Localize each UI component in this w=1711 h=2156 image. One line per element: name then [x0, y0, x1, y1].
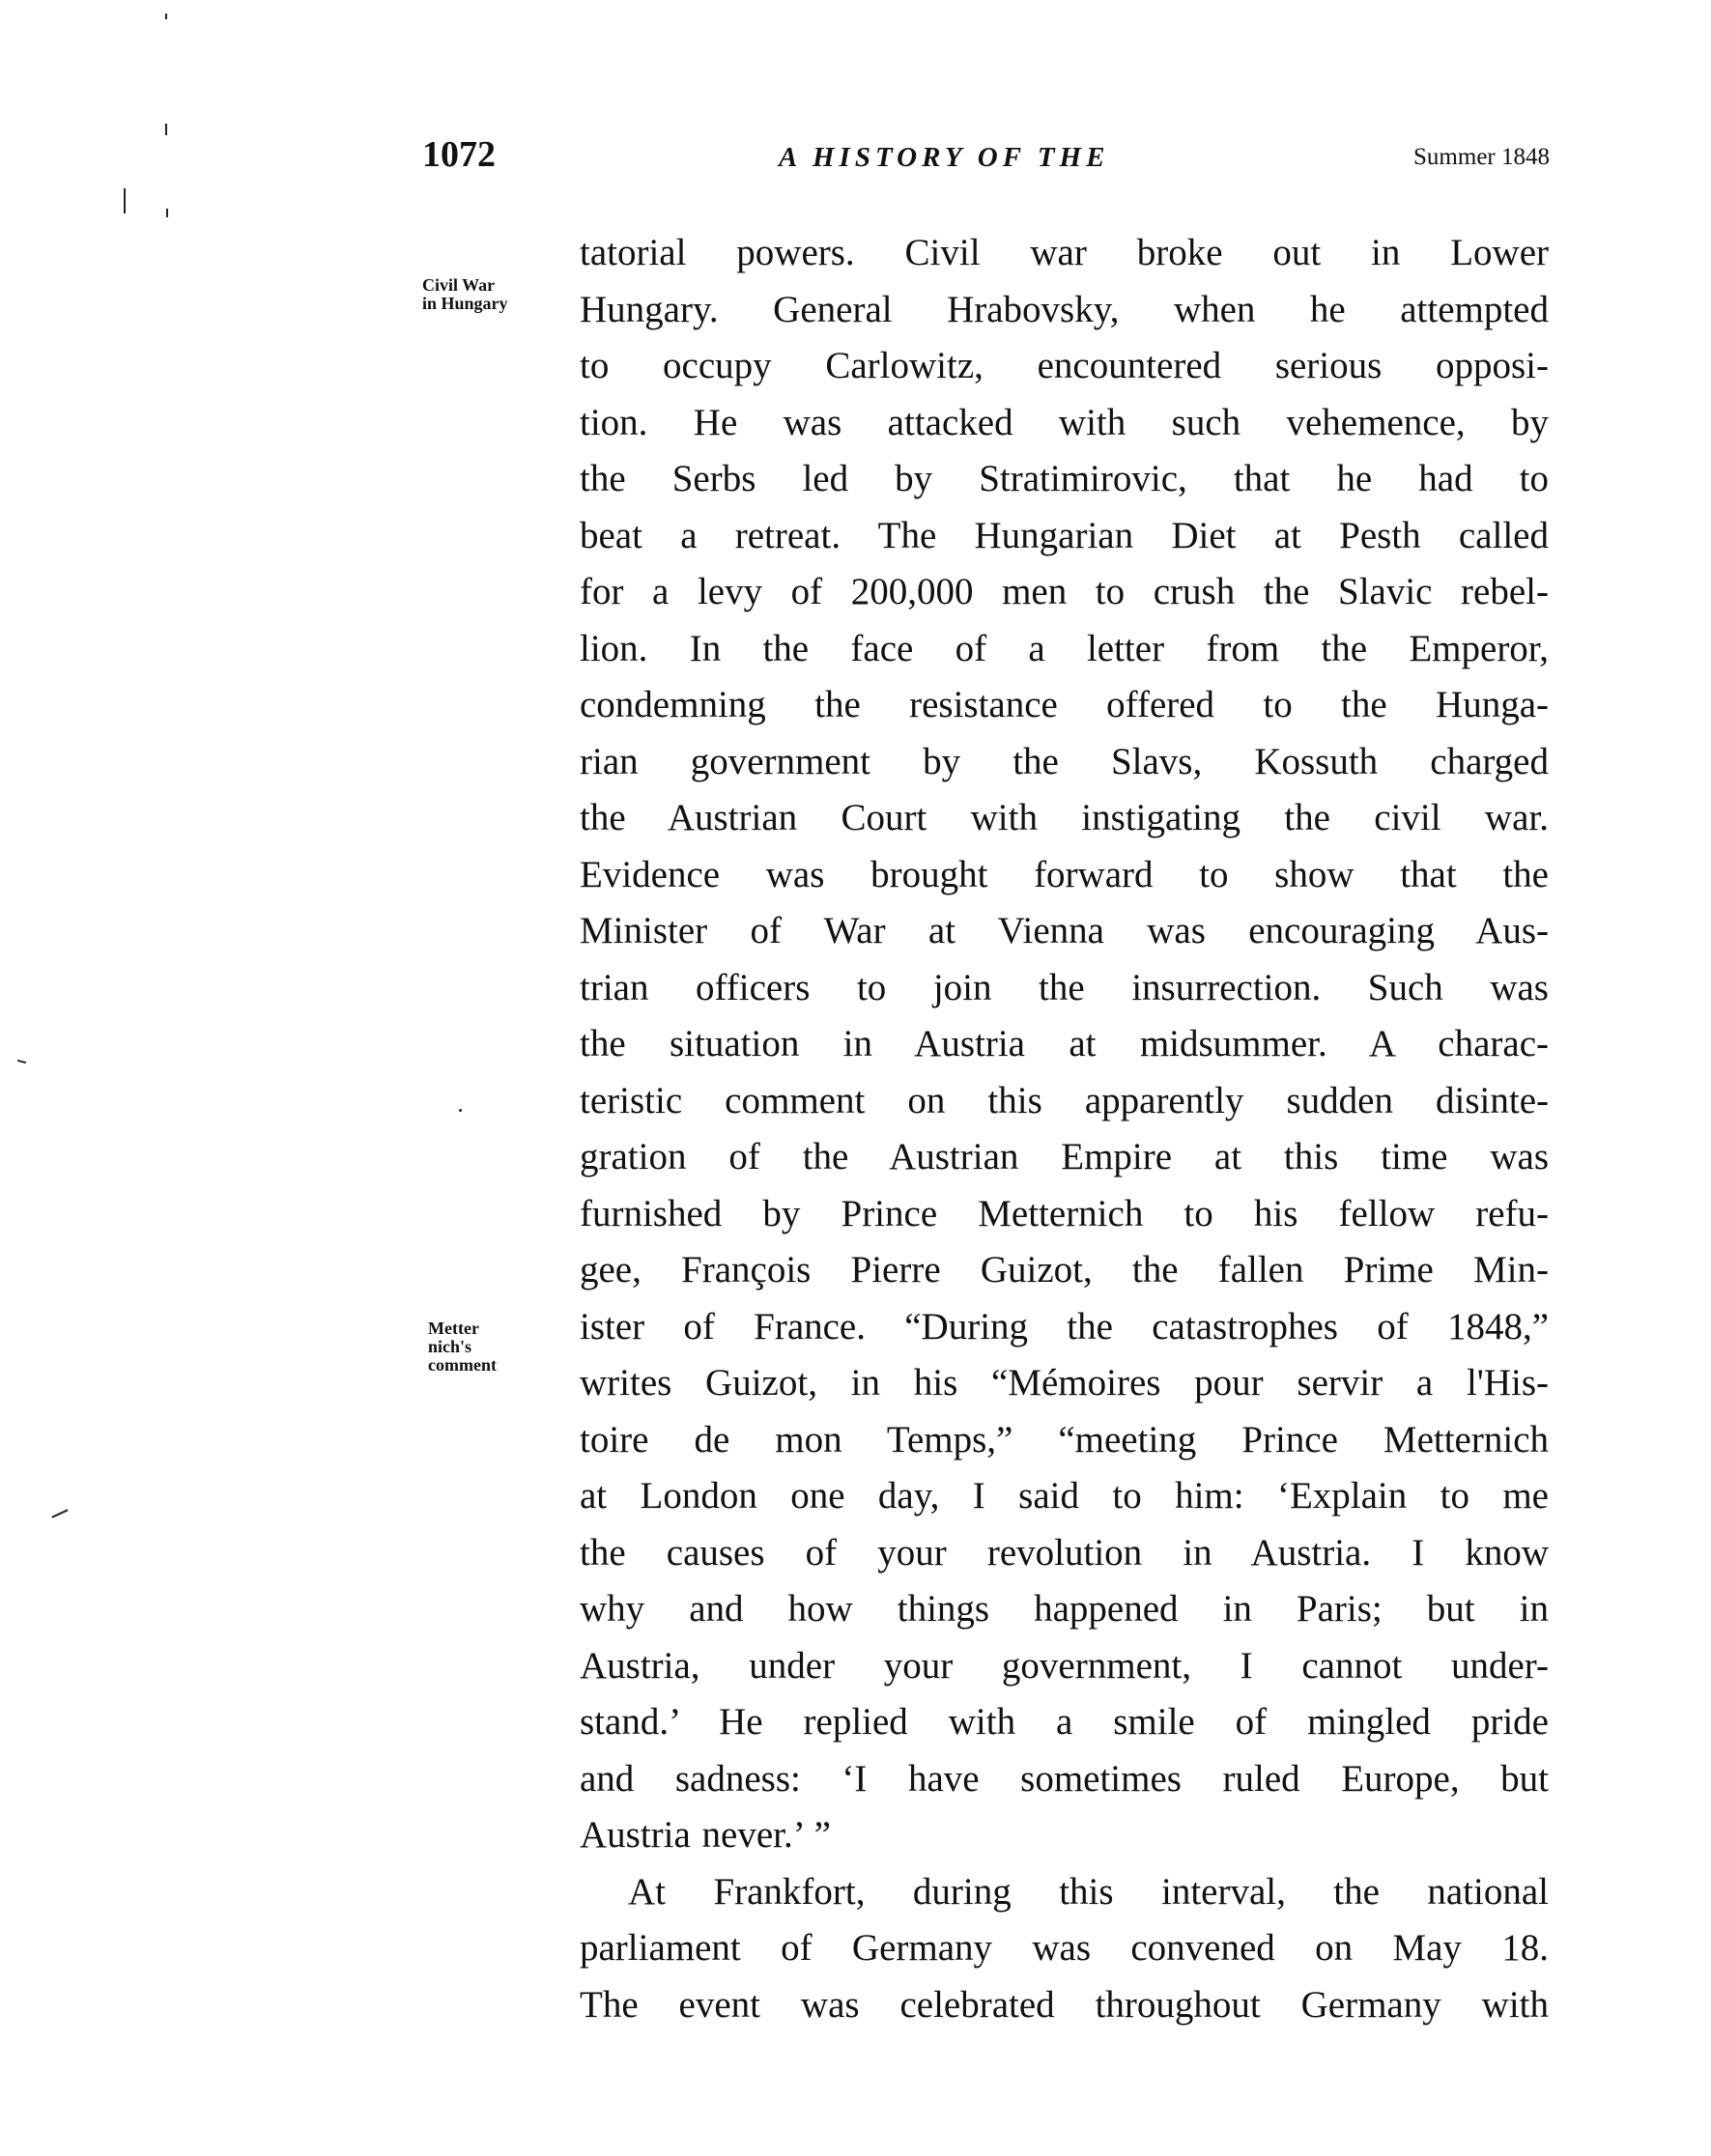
text-line: at London one day, I said to him: ‘Expla… — [580, 1468, 1549, 1525]
text-line: ister of France. “During the catastrophe… — [580, 1299, 1549, 1356]
text-line: and sadness: ‘I have sometimes ruled Eur… — [580, 1751, 1549, 1808]
side-note-metternich: Metter nich's comment — [428, 1319, 497, 1375]
scan-dot — [459, 1109, 462, 1112]
side-note-line: Metter — [428, 1319, 497, 1338]
text-line: writes Guizot, in his “Mémoires pour ser… — [580, 1355, 1549, 1412]
text-line: to occupy Carlowitz, encountered serious… — [580, 338, 1549, 395]
text-line: stand.’ He replied with a smile of mingl… — [580, 1694, 1549, 1751]
side-note-line: in Hungary — [422, 295, 508, 313]
text-line: why and how things happened in Paris; bu… — [580, 1581, 1549, 1638]
text-line: the situation in Austria at midsummer. A… — [580, 1016, 1549, 1073]
scan-mark — [166, 209, 168, 217]
text-line: gee, François Pierre Guizot, the fallen … — [580, 1242, 1549, 1299]
text-line: lion. In the face of a letter from the E… — [580, 621, 1549, 678]
text-line: furnished by Prince Metternich to his fe… — [580, 1186, 1549, 1243]
text-line: parliament of Germany was convened on Ma… — [580, 1920, 1549, 1977]
side-note-line: nich's — [428, 1338, 497, 1356]
scan-mark — [165, 124, 167, 135]
text-line: Hungary. General Hrabovsky, when he atte… — [580, 282, 1549, 339]
text-line: gration of the Austrian Empire at this t… — [580, 1129, 1549, 1186]
date-note: Summer 1848 — [1383, 143, 1550, 172]
text-line: Austria never.’ ” — [580, 1807, 1549, 1864]
text-line: the Austrian Court with instigating the … — [580, 790, 1549, 847]
paragraph-start-line: At Frankfort, during this interval, the … — [580, 1864, 1549, 1921]
text-line: Austria, under your government, I cannot… — [580, 1638, 1549, 1695]
running-title: A HISTORY OF THE — [779, 140, 1184, 175]
text-line: Minister of War at Vienna was encouragin… — [580, 903, 1549, 960]
scan-mark — [165, 14, 167, 19]
text-line: condemning the resistance offered to the… — [580, 677, 1549, 734]
text-line: tion. He was attacked with such vehemenc… — [580, 395, 1549, 452]
text-line: rian government by the Slavs, Kossuth ch… — [580, 734, 1549, 791]
text-line: The event was celebrated throughout Germ… — [580, 1977, 1549, 2034]
scan-mark — [51, 1509, 68, 1518]
text-line: trian officers to join the insurrection.… — [580, 960, 1549, 1017]
text-line: toire de mon Temps,” “meeting Prince Met… — [580, 1412, 1549, 1469]
text-line: the Serbs led by Stratimirovic, that he … — [580, 451, 1549, 508]
body-text: tatorial powers. Civil war broke out in … — [580, 225, 1549, 2033]
text-line: teristic comment on this apparently sudd… — [580, 1073, 1549, 1130]
side-note-line: comment — [428, 1356, 497, 1375]
side-note-civil-war: Civil War in Hungary — [422, 276, 508, 313]
text-line: for a levy of 200,000 men to crush the S… — [580, 564, 1549, 621]
text-line: tatorial powers. Civil war broke out in … — [580, 225, 1549, 282]
scan-mark — [17, 1060, 26, 1064]
scan-mark — [124, 188, 126, 213]
text-line: the causes of your revolution in Austria… — [580, 1525, 1549, 1582]
side-note-line: Civil War — [422, 276, 508, 295]
text-line: beat a retreat. The Hungarian Diet at Pe… — [580, 508, 1549, 565]
page-number: 1072 — [422, 135, 496, 174]
text-line: Evidence was brought forward to show tha… — [580, 847, 1549, 904]
